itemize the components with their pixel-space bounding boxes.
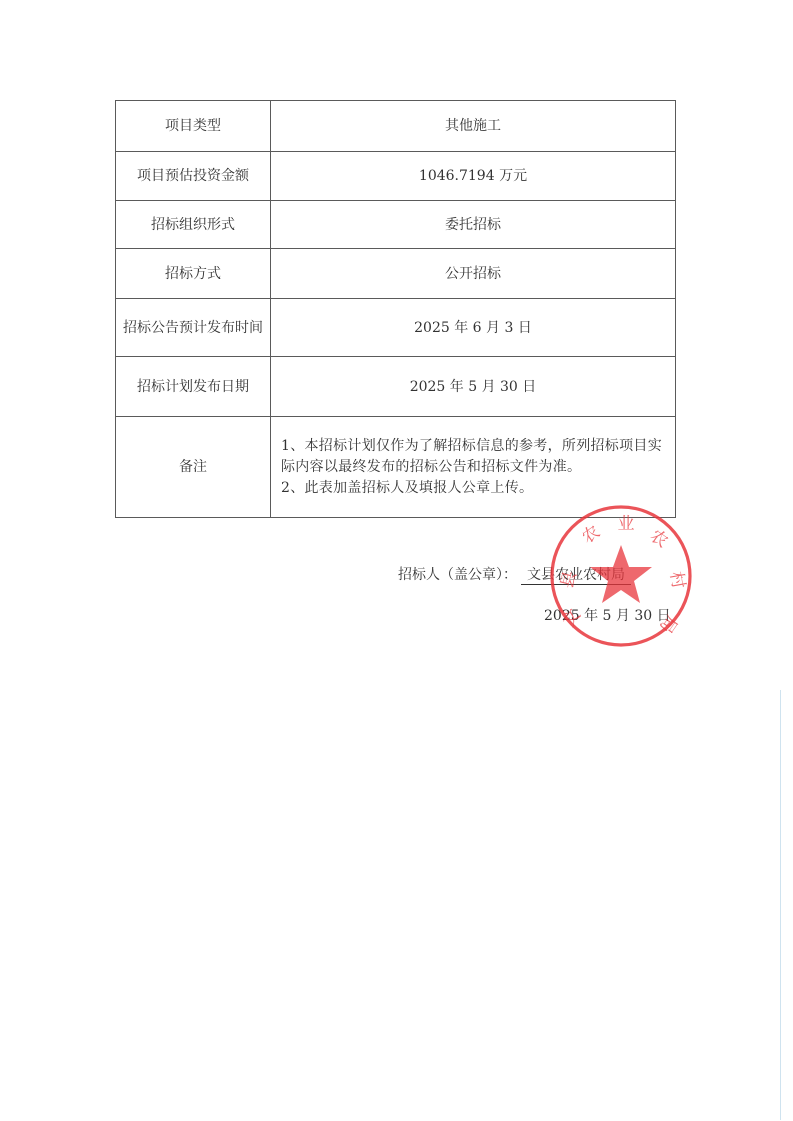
notes-label: 备注 xyxy=(116,417,271,518)
notes-row: 备注 1、本招标计划仅作为了解招标信息的参考，所列招标项目实际内容以最终发布的招… xyxy=(116,417,676,518)
row-value: 2025 年 6 月 3 日 xyxy=(271,299,676,357)
row-label: 招标方式 xyxy=(116,249,271,299)
row-label: 招标公告预计发布时间 xyxy=(116,299,271,357)
row-label: 项目预估投资金额 xyxy=(116,152,271,201)
table-row: 招标公告预计发布时间 2025 年 6 月 3 日 xyxy=(116,299,676,357)
tenderer-signature-line: 招标人（盖公章）：文县农业农村局 xyxy=(398,564,631,585)
notes-content: 1、本招标计划仅作为了解招标信息的参考，所列招标项目实际内容以最终发布的招标公告… xyxy=(271,417,676,518)
note-line-1: 1、本招标计划仅作为了解招标信息的参考，所列招标项目实际内容以最终发布的招标公告… xyxy=(281,436,665,478)
scan-artifact-line xyxy=(780,690,781,1120)
row-label: 招标计划发布日期 xyxy=(116,357,271,417)
svg-text:农: 农 xyxy=(646,526,671,552)
row-value: 2025 年 5 月 30 日 xyxy=(271,357,676,417)
table-row: 招标方式 公开招标 xyxy=(116,249,676,299)
table-row: 招标组织形式 委托招标 xyxy=(116,201,676,249)
row-label: 招标组织形式 xyxy=(116,201,271,249)
document-page: 项目类型 其他施工 项目预估投资金额 1046.7194 万元 招标组织形式 委… xyxy=(0,0,793,1121)
table-row: 项目预估投资金额 1046.7194 万元 xyxy=(116,152,676,201)
svg-text:村: 村 xyxy=(666,570,689,590)
row-value: 其他施工 xyxy=(271,101,676,152)
row-value: 公开招标 xyxy=(271,249,676,299)
row-value: 1046.7194 万元 xyxy=(271,152,676,201)
tenderer-organization: 文县农业农村局 xyxy=(521,564,631,585)
note-line-2: 2、此表加盖招标人及填报人公章上传。 xyxy=(281,478,665,499)
svg-text:农: 农 xyxy=(578,522,603,548)
row-label: 项目类型 xyxy=(116,101,271,152)
table-row: 招标计划发布日期 2025 年 5 月 30 日 xyxy=(116,357,676,417)
row-value: 委托招标 xyxy=(271,201,676,249)
table-row: 项目类型 其他施工 xyxy=(116,101,676,152)
signature-date: 2025 年 5 月 30 日 xyxy=(544,605,671,625)
tender-plan-table: 项目类型 其他施工 项目预估投资金额 1046.7194 万元 招标组织形式 委… xyxy=(115,100,676,518)
tenderer-label: 招标人（盖公章）： xyxy=(398,567,517,583)
